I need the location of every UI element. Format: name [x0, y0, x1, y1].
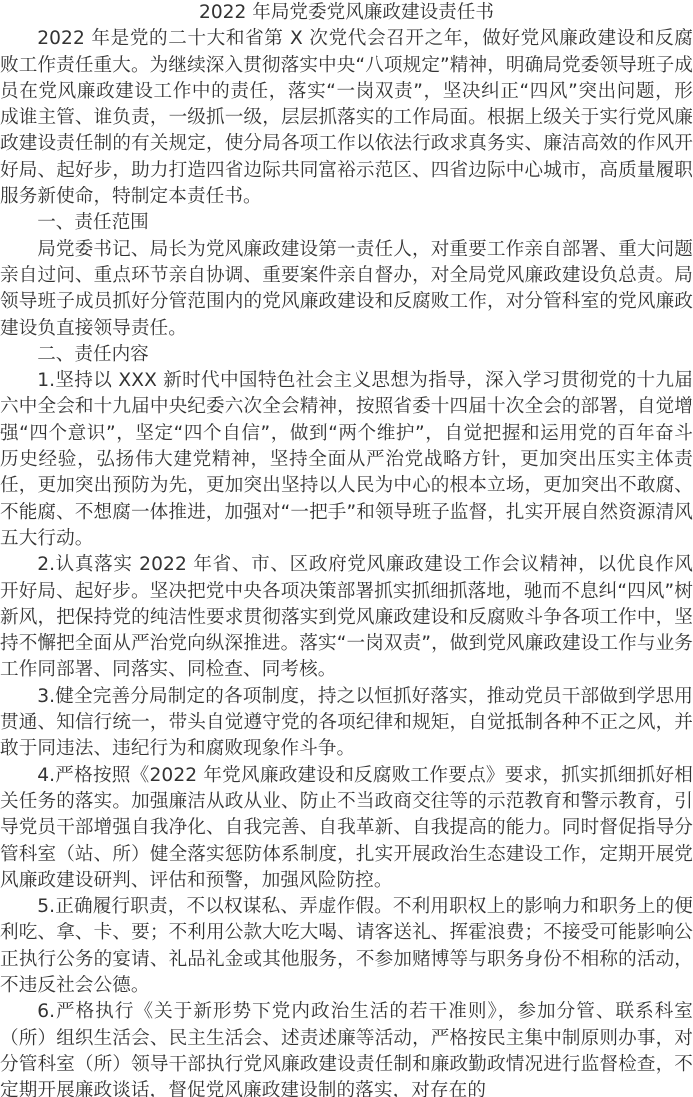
section-heading-content: 二、责任内容 [0, 342, 693, 368]
content-item-2: 2.认真落实 2022 年省、市、区政府党风廉政建设工作会议精神，以优良作风开好… [0, 552, 693, 683]
section-content: 二、责任内容 1.坚持以 XXX 新时代中国特色社会主义思想为指导，深入学习贯彻… [0, 342, 693, 1097]
scope-paragraph: 局党委书记、局长为党风廉政建设第一责任人，对重要工作亲自部署、重大问题亲自过问、… [0, 237, 693, 342]
document: 2022 年局党委党风廉政建设责任书 2022 年是党的二十大和省第 X 次党代… [0, 0, 693, 1097]
content-item-1: 1.坚持以 XXX 新时代中国特色社会主义思想为指导，深入学习贯彻党的十九届六中… [0, 368, 693, 552]
content-item-3: 3.健全完善分局制定的各项制度，持之以恒抓好落实，推动党员干部做到学思用贯通、知… [0, 684, 693, 763]
content-item-6: 6.严格执行《关于新形势下党内政治生活的若干准则》，参加分管、联系科室（所）组织… [0, 999, 693, 1097]
content-item-4: 4.严格按照《2022 年党风廉政建设和反腐败工作要点》要求，抓实抓细抓好相关任… [0, 763, 693, 894]
intro-paragraph: 2022 年是党的二十大和省第 X 次党代会召开之年，做好党风廉政建设和反腐败工… [0, 26, 693, 210]
content-item-5: 5.正确履行职责，不以权谋私、弄虚作假。不利用职权上的影响力和职务上的便利吃、拿… [0, 894, 693, 999]
section-scope: 一、责任范围 局党委书记、局长为党风廉政建设第一责任人，对重要工作亲自部署、重大… [0, 210, 693, 341]
document-title: 2022 年局党委党风廉政建设责任书 [0, 0, 693, 26]
section-heading-scope: 一、责任范围 [0, 210, 693, 236]
